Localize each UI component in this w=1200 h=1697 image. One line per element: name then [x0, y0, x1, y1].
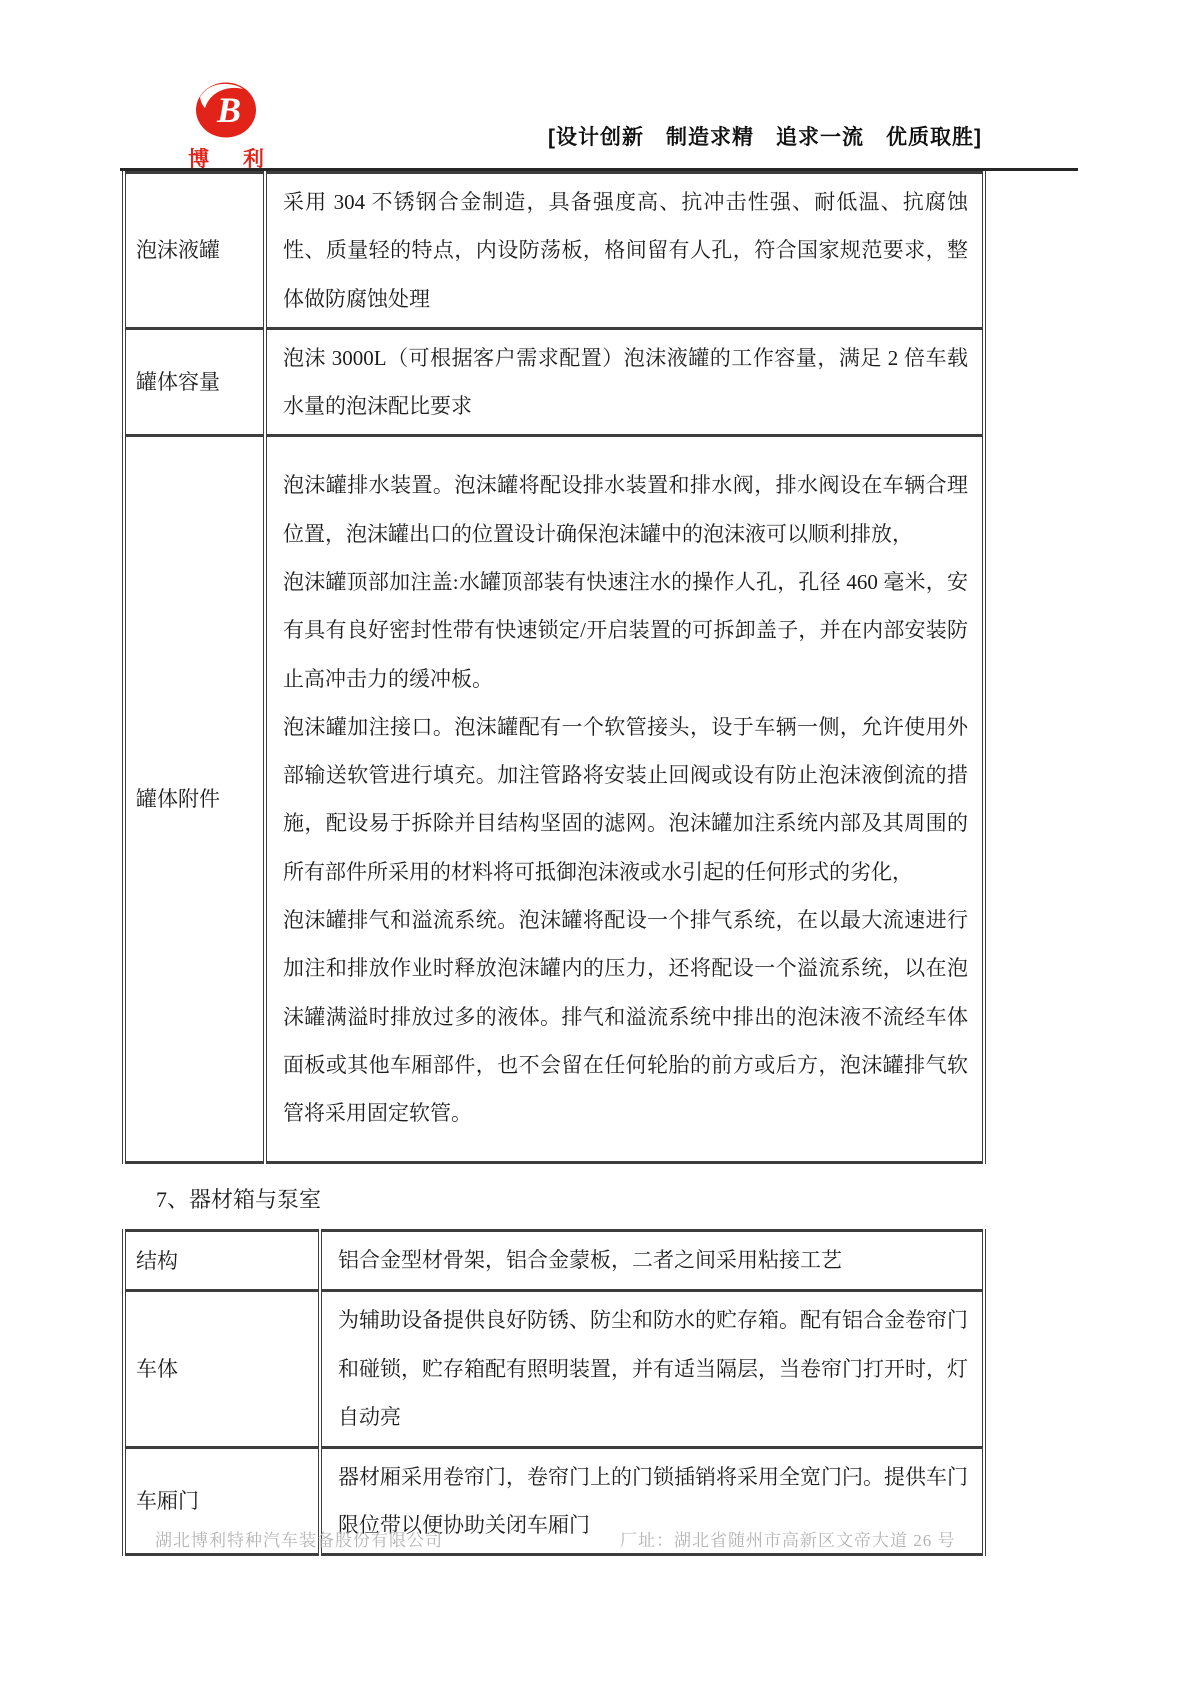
company-logo: B 博 利	[168, 80, 284, 173]
table-row: 结构 铝合金型材骨架，铝合金蒙板，二者之间采用粘接工艺	[124, 1231, 984, 1290]
row-content: 泡沫 3000L（可根据客户需求配置）泡沫液罐的工作容量，满足 2 倍车载水量的…	[265, 328, 984, 436]
table-row: 罐体附件 泡沫罐排水装置。泡沫罐将配设排水装置和排水阀，排水阀设在车辆合理位置，…	[124, 436, 984, 1163]
row-content: 为辅助设备提供良好防锈、防尘和防水的贮存箱。配有铝合金卷帘门和碰锁，贮存箱配有照…	[320, 1290, 984, 1447]
table-row: 车体 为辅助设备提供良好防锈、防尘和防水的贮存箱。配有铝合金卷帘门和碰锁，贮存箱…	[124, 1290, 984, 1447]
document-page: B 博 利 [设计创新 制造求精 追求一流 优质取胜] 泡沫液罐 采用 304 …	[0, 0, 1200, 1697]
spec-table-equipment-box: 结构 铝合金型材骨架，铝合金蒙板，二者之间采用粘接工艺 车体 为辅助设备提供良好…	[122, 1229, 986, 1556]
spec-table-foam-tank: 泡沫液罐 采用 304 不锈钢合金制造，具备强度高、抗冲击性强、耐低温、抗腐蚀性…	[122, 171, 986, 1164]
footer-address: 厂址：湖北省随州市高新区文帝大道 26 号	[620, 1526, 956, 1551]
row-content: 采用 304 不锈钢合金制造，具备强度高、抗冲击性强、耐低温、抗腐蚀性、质量轻的…	[265, 173, 984, 329]
row-label: 车体	[124, 1290, 320, 1447]
row-content: 铝合金型材骨架，铝合金蒙板，二者之间采用粘接工艺	[320, 1231, 984, 1290]
row-label: 结构	[124, 1231, 320, 1290]
logo-icon: B	[193, 80, 259, 140]
table-row: 罐体容量 泡沫 3000L（可根据客户需求配置）泡沫液罐的工作容量，满足 2 倍…	[124, 328, 984, 436]
section-heading: 7、器材箱与泵室	[156, 1183, 986, 1214]
footer-company: 湖北博利特种汽车装备股份有限公司	[155, 1526, 443, 1551]
row-content: 泡沫罐排水装置。泡沫罐将配设排水装置和排水阀，排水阀设在车辆合理位置，泡沫罐出口…	[265, 436, 984, 1163]
row-label: 泡沫液罐	[124, 173, 265, 329]
row-label: 罐体容量	[124, 328, 265, 436]
header-slogan: [设计创新 制造求精 追求一流 优质取胜]	[548, 121, 982, 151]
content-area: 泡沫液罐 采用 304 不锈钢合金制造，具备强度高、抗冲击性强、耐低温、抗腐蚀性…	[122, 171, 986, 1556]
table-row: 泡沫液罐 采用 304 不锈钢合金制造，具备强度高、抗冲击性强、耐低温、抗腐蚀性…	[124, 173, 984, 329]
row-label: 罐体附件	[124, 436, 265, 1163]
svg-text:B: B	[216, 90, 241, 130]
